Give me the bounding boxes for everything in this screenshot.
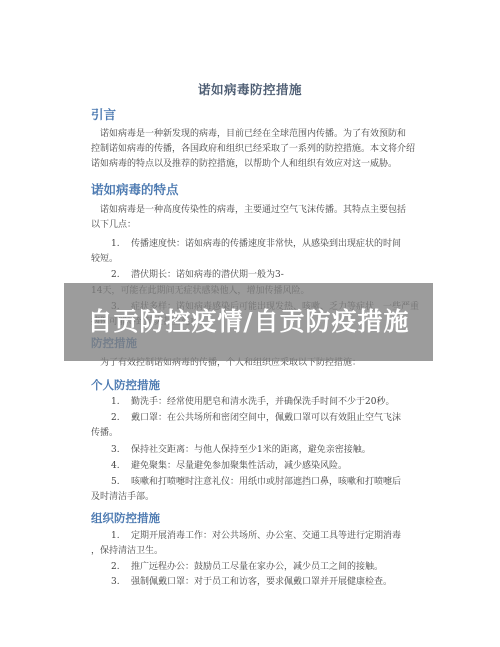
features-line-2: 以下几点： [91, 218, 431, 234]
list-number: 2. [91, 411, 131, 427]
list-number: 1. [91, 237, 131, 253]
list-number: 3. [91, 575, 131, 591]
feature-item-1: 1.传播速度快：诺如病毒的传播速度非常快，从感染到出现症状的时间 [91, 237, 431, 253]
document-page: 诺如病毒防控措施 引言 诺如病毒是一种新发现的病毒，目前已经在全球范围内传播。为… [0, 0, 500, 647]
personal-item-2: 2.戴口罩：在公共场所和密闭空间中，佩戴口罩可以有效阻止空气飞沫 [91, 411, 431, 427]
list-text: 定期开展消毒工作：对公共场所、办公室、交通工具等进行定期消毒 [131, 531, 401, 541]
list-text: 勤洗手：经常使用肥皂和清水洗手，并确保洗手时间不少于20秒。 [131, 397, 394, 407]
section-heading-features: 诺如病毒的特点 [91, 180, 179, 198]
list-number: 2. [91, 560, 131, 576]
list-number: 1. [91, 529, 131, 545]
section-heading-intro: 引言 [91, 105, 116, 123]
feature-item-1-cont: 较短。 [91, 252, 431, 268]
list-text: 强制佩戴口罩：对于员工和访客，要求佩戴口罩并开展健康检查。 [131, 577, 392, 587]
overlay-title-text: 自贡防控疫情/自贡防疫措施 [74, 307, 424, 337]
subsection-heading-personal: 个人防控措施 [91, 377, 160, 393]
features-line-1: 诺如病毒是一种高度传染性的病毒，主要通过空气飞沫传播。其特点主要包括 [91, 203, 431, 219]
document-title: 诺如病毒防控措施 [0, 80, 500, 98]
personal-item-5: 5.咳嗽和打喷嚏时注意礼仪：用纸巾或肘部遮挡口鼻，咳嗽和打喷嚏后 [91, 475, 431, 491]
list-text: 戴口罩：在公共场所和密闭空间中，佩戴口罩可以有效阻止空气飞沫 [131, 413, 401, 423]
personal-item-2-cont: 传播。 [91, 426, 431, 442]
list-text: 避免聚集：尽量避免参加聚集性活动，减少感染风险。 [131, 461, 347, 471]
personal-item-1: 1.勤洗手：经常使用肥皂和清水洗手，并确保洗手时间不少于20秒。 [91, 395, 431, 411]
personal-item-3: 3.保持社交距离：与他人保持至少1米的距离，避免亲密接触。 [91, 443, 431, 459]
list-number: 2. [91, 268, 131, 284]
personal-item-5-cont: 及时清洁手部。 [91, 490, 431, 506]
list-number: 4. [91, 459, 131, 475]
subsection-heading-organizational: 组织防控措施 [91, 510, 160, 526]
org-item-1-cont: ，保持清洁卫生。 [91, 544, 431, 560]
list-text: 传播速度快：诺如病毒的传播速度非常快，从感染到出现症状的时间 [131, 239, 401, 249]
list-number: 5. [91, 475, 131, 491]
list-text: 潜伏期长：诺如病毒的潜伏期一般为3- [131, 270, 284, 280]
personal-item-4: 4.避免聚集：尽量避免参加聚集性活动，减少感染风险。 [91, 459, 431, 475]
feature-item-2: 2.潜伏期长：诺如病毒的潜伏期一般为3- [91, 268, 431, 284]
org-item-1: 1.定期开展消毒工作：对公共场所、办公室、交通工具等进行定期消毒 [91, 529, 431, 545]
list-text: 推广远程办公：鼓励员工尽量在家办公，减少员工之间的接触。 [131, 562, 383, 572]
intro-line-2: 控制诺如病毒的传播，各国政府和组织已经采取了一系列的防控措施。本文将介绍 [91, 142, 431, 158]
list-number: 3. [91, 443, 131, 459]
intro-line-1: 诺如病毒是一种新发现的病毒，目前已经在全球范围内传播。为了有效预防和 [91, 127, 431, 143]
intro-line-3: 诺如病毒的特点以及推荐的防控措施，以帮助个人和组织有效应对这一威胁。 [91, 157, 431, 173]
org-item-3: 3.强制佩戴口罩：对于员工和访客，要求佩戴口罩并开展健康检查。 [91, 575, 431, 591]
list-text: 保持社交距离：与他人保持至少1米的距离，避免亲密接触。 [131, 445, 371, 455]
list-number: 1. [91, 395, 131, 411]
overlay-title-banner: 自贡防控疫情/自贡防疫措施 [64, 283, 433, 361]
org-item-2: 2.推广远程办公：鼓励员工尽量在家办公，减少员工之间的接触。 [91, 560, 431, 576]
list-text: 咳嗽和打喷嚏时注意礼仪：用纸巾或肘部遮挡口鼻，咳嗽和打喷嚏后 [131, 477, 401, 487]
